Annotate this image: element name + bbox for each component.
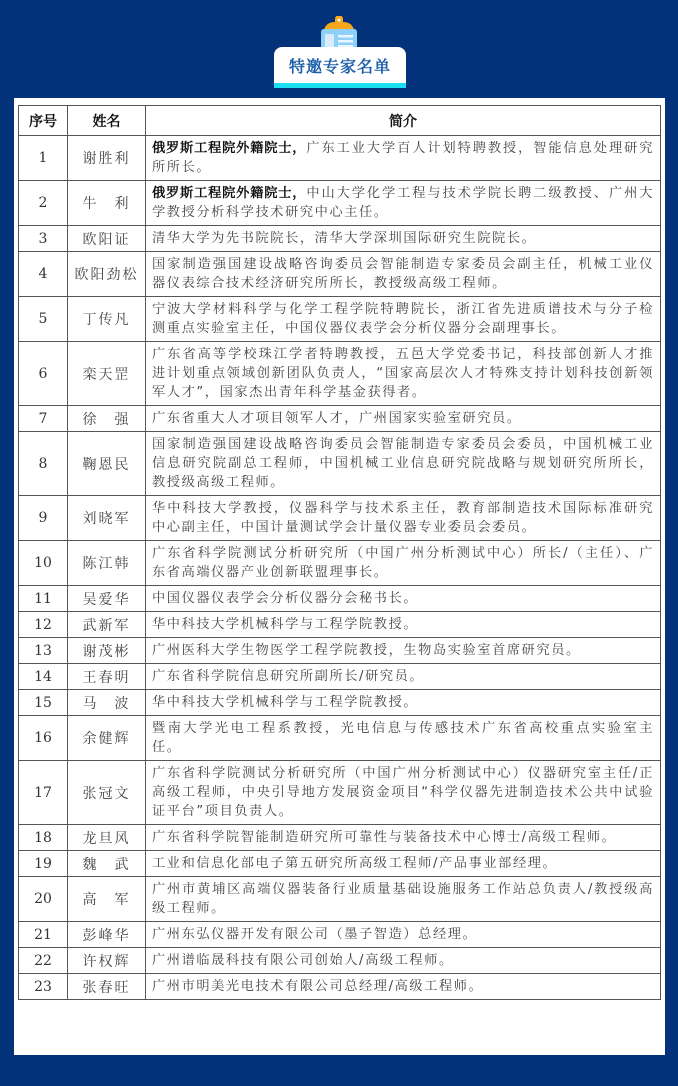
expert-intro-text: 广东省科学院智能制造研究所可靠性与装备技术中心博士/高级工程师。	[152, 830, 616, 845]
table-row: 9刘晓军华中科技大学教授，仪器科学与技术系主任，教育部制造技术国际标准研究中心副…	[19, 496, 661, 541]
table-row: 18龙旦风广东省科学院智能制造研究所可靠性与装备技术中心博士/高级工程师。	[19, 825, 661, 851]
expert-intro: 国家制造强国建设战略咨询委员会智能制造专家委员会副主任，机械工业仪器仪表综合技术…	[146, 252, 661, 297]
expert-intro-text: 清华大学为先书院院长，清华大学深圳国际研究生院院长。	[152, 231, 536, 246]
expert-intro-text: 广东省科学院信息研究所副所长/研究员。	[152, 669, 424, 684]
row-number: 20	[19, 877, 68, 922]
expert-name: 欧阳证	[68, 226, 146, 252]
expert-intro-text: 广州东弘仪器开发有限公司（墨子智造）总经理。	[152, 927, 477, 942]
expert-intro: 广东省科学院智能制造研究所可靠性与装备技术中心博士/高级工程师。	[146, 825, 661, 851]
table-row: 19魏 武工业和信息化部电子第五研究所高级工程师/产品事业部经理。	[19, 851, 661, 877]
title-underline	[274, 83, 406, 88]
expert-name: 龙旦风	[68, 825, 146, 851]
row-number: 13	[19, 638, 68, 664]
expert-name: 魏 武	[68, 851, 146, 877]
expert-intro-text: 华中科技大学机械科学与工程学院教授。	[152, 695, 418, 710]
table-row: 23张春旺广州市明美光电技术有限公司总经理/高级工程师。	[19, 974, 661, 1000]
expert-honor: 俄罗斯工程院外籍院士，	[152, 141, 306, 156]
expert-intro-text: 广东省高等学校珠江学者特聘教授，五邑大学党委书记，科技部创新人才推进计划重点领域…	[152, 347, 654, 400]
row-number: 6	[19, 342, 68, 406]
table-row: 5丁传凡宁波大学材料科学与化学工程学院特聘院长，浙江省先进质谱技术与分子检测重点…	[19, 297, 661, 342]
expert-name: 张春旺	[68, 974, 146, 1000]
expert-name: 张冠文	[68, 761, 146, 825]
expert-intro: 广东省科学院测试分析研究所（中国广州分析测试中心）所长/（主任）、广东省高端仪器…	[146, 541, 661, 586]
expert-intro: 俄罗斯工程院外籍院士，中山大学化学工程与技术学院长聘二级教授、广州大学教授分析科…	[146, 181, 661, 226]
expert-intro: 俄罗斯工程院外籍院士，广东工业大学百人计划特聘教授，智能信息处理研究所所长。	[146, 136, 661, 181]
expert-name: 高 军	[68, 877, 146, 922]
row-number: 2	[19, 181, 68, 226]
expert-intro-text: 宁波大学材料科学与化学工程学院特聘院长，浙江省先进质谱技术与分子检测重点实验室主…	[152, 302, 654, 336]
expert-name: 马 波	[68, 690, 146, 716]
expert-name: 彭峰华	[68, 922, 146, 948]
expert-name: 吴爱华	[68, 586, 146, 612]
expert-intro-text: 华中科技大学机械科学与工程学院教授。	[152, 617, 418, 632]
row-number: 1	[19, 136, 68, 181]
row-number: 9	[19, 496, 68, 541]
table-row: 21彭峰华广州东弘仪器开发有限公司（墨子智造）总经理。	[19, 922, 661, 948]
expert-intro-text: 暨南大学光电工程系教授，光电信息与传感技术广东省高校重点实验室主任。	[152, 721, 654, 755]
expert-intro: 广东省高等学校珠江学者特聘教授，五邑大学党委书记，科技部创新人才推进计划重点领域…	[146, 342, 661, 406]
table-row: 17张冠文广东省科学院测试分析研究所（中国广州分析测试中心）仪器研究室主任/正高…	[19, 761, 661, 825]
expert-intro: 广州谱临晟科技有限公司创始人/高级工程师。	[146, 948, 661, 974]
expert-honor: 俄罗斯工程院外籍院士，	[152, 186, 306, 201]
expert-list-panel: 序号 姓名 简介 1谢胜利俄罗斯工程院外籍院士，广东工业大学百人计划特聘教授，智…	[14, 98, 665, 1055]
expert-name: 许权辉	[68, 948, 146, 974]
table-row: 4欧阳劲松国家制造强国建设战略咨询委员会智能制造专家委员会副主任，机械工业仪器仪…	[19, 252, 661, 297]
table-row: 7徐 强广东省重大人才项目领军人才，广州国家实验室研究员。	[19, 406, 661, 432]
row-number: 18	[19, 825, 68, 851]
expert-intro-text: 广州市明美光电技术有限公司总经理/高级工程师。	[152, 979, 483, 994]
row-number: 5	[19, 297, 68, 342]
table-row: 22许权辉广州谱临晟科技有限公司创始人/高级工程师。	[19, 948, 661, 974]
row-number: 10	[19, 541, 68, 586]
expert-intro: 华中科技大学机械科学与工程学院教授。	[146, 690, 661, 716]
expert-intro-text: 广东省科学院测试分析研究所（中国广州分析测试中心）仪器研究室主任/正高级工程师，…	[152, 766, 654, 819]
expert-intro: 暨南大学光电工程系教授，光电信息与传感技术广东省高校重点实验室主任。	[146, 716, 661, 761]
expert-name: 徐 强	[68, 406, 146, 432]
table-row: 1谢胜利俄罗斯工程院外籍院士，广东工业大学百人计划特聘教授，智能信息处理研究所所…	[19, 136, 661, 181]
column-header-number: 序号	[19, 106, 68, 136]
column-header-intro: 简介	[146, 106, 661, 136]
expert-intro: 华中科技大学机械科学与工程学院教授。	[146, 612, 661, 638]
expert-intro: 广州市黄埔区高端仪器装备行业质量基础设施服务工作站总负责人/教授级高级工程师。	[146, 877, 661, 922]
row-number: 12	[19, 612, 68, 638]
row-number: 14	[19, 664, 68, 690]
table-row: 16余健辉暨南大学光电工程系教授，光电信息与传感技术广东省高校重点实验室主任。	[19, 716, 661, 761]
row-number: 22	[19, 948, 68, 974]
expert-name: 刘晓军	[68, 496, 146, 541]
row-number: 19	[19, 851, 68, 877]
table-row: 15马 波华中科技大学机械科学与工程学院教授。	[19, 690, 661, 716]
expert-intro-text: 国家制造强国建设战略咨询委员会智能制造专家委员会委员，中国机械工业信息研究院副总…	[152, 437, 654, 490]
expert-intro-text: 广东省重大人才项目领军人才，广州国家实验室研究员。	[152, 411, 522, 426]
table-row: 14王春明广东省科学院信息研究所副所长/研究员。	[19, 664, 661, 690]
expert-intro: 宁波大学材料科学与化学工程学院特聘院长，浙江省先进质谱技术与分子检测重点实验室主…	[146, 297, 661, 342]
row-number: 16	[19, 716, 68, 761]
table-row: 8鞠恩民国家制造强国建设战略咨询委员会智能制造专家委员会委员，中国机械工业信息研…	[19, 432, 661, 496]
row-number: 8	[19, 432, 68, 496]
expert-intro: 广东省科学院测试分析研究所（中国广州分析测试中心）仪器研究室主任/正高级工程师，…	[146, 761, 661, 825]
expert-name: 欧阳劲松	[68, 252, 146, 297]
expert-intro: 广州医科大学生物医学工程学院教授，生物岛实验室首席研究员。	[146, 638, 661, 664]
table-row: 13谢茂彬广州医科大学生物医学工程学院教授，生物岛实验室首席研究员。	[19, 638, 661, 664]
expert-intro: 广州市明美光电技术有限公司总经理/高级工程师。	[146, 974, 661, 1000]
row-number: 17	[19, 761, 68, 825]
expert-name: 陈江韩	[68, 541, 146, 586]
table-row: 12武新军华中科技大学机械科学与工程学院教授。	[19, 612, 661, 638]
row-number: 15	[19, 690, 68, 716]
expert-intro: 工业和信息化部电子第五研究所高级工程师/产品事业部经理。	[146, 851, 661, 877]
expert-name: 鞠恩民	[68, 432, 146, 496]
expert-name: 武新军	[68, 612, 146, 638]
expert-intro-text: 广州市黄埔区高端仪器装备行业质量基础设施服务工作站总负责人/教授级高级工程师。	[152, 882, 654, 916]
row-number: 4	[19, 252, 68, 297]
expert-intro: 华中科技大学教授，仪器科学与技术系主任，教育部制造技术国际标准研究中心副主任，中…	[146, 496, 661, 541]
expert-intro-text: 中国仪器仪表学会分析仪器分会秘书长。	[152, 591, 418, 606]
expert-name: 栾天罡	[68, 342, 146, 406]
row-number: 11	[19, 586, 68, 612]
expert-intro-text: 广州医科大学生物医学工程学院教授，生物岛实验室首席研究员。	[152, 643, 581, 658]
row-number: 7	[19, 406, 68, 432]
row-number: 23	[19, 974, 68, 1000]
expert-intro-text: 国家制造强国建设战略咨询委员会智能制造专家委员会副主任，机械工业仪器仪表综合技术…	[152, 257, 654, 291]
table-row: 3欧阳证清华大学为先书院院长，清华大学深圳国际研究生院院长。	[19, 226, 661, 252]
expert-name: 丁传凡	[68, 297, 146, 342]
expert-intro-text: 广东省科学院测试分析研究所（中国广州分析测试中心）所长/（主任）、广东省高端仪器…	[152, 546, 654, 580]
expert-intro: 广州东弘仪器开发有限公司（墨子智造）总经理。	[146, 922, 661, 948]
table-row: 2牛 利俄罗斯工程院外籍院士，中山大学化学工程与技术学院长聘二级教授、广州大学教…	[19, 181, 661, 226]
expert-intro: 中国仪器仪表学会分析仪器分会秘书长。	[146, 586, 661, 612]
expert-intro-text: 华中科技大学教授，仪器科学与技术系主任，教育部制造技术国际标准研究中心副主任，中…	[152, 501, 654, 535]
table-row: 10陈江韩广东省科学院测试分析研究所（中国广州分析测试中心）所长/（主任）、广东…	[19, 541, 661, 586]
expert-name: 谢胜利	[68, 136, 146, 181]
expert-name: 谢茂彬	[68, 638, 146, 664]
row-number: 3	[19, 226, 68, 252]
expert-intro: 国家制造强国建设战略咨询委员会智能制造专家委员会委员，中国机械工业信息研究院副总…	[146, 432, 661, 496]
table-row: 6栾天罡广东省高等学校珠江学者特聘教授，五邑大学党委书记，科技部创新人才推进计划…	[19, 342, 661, 406]
table-header-row: 序号 姓名 简介	[19, 106, 661, 136]
expert-intro-text: 工业和信息化部电子第五研究所高级工程师/产品事业部经理。	[152, 856, 557, 871]
expert-name: 王春明	[68, 664, 146, 690]
expert-intro: 广东省重大人才项目领军人才，广州国家实验室研究员。	[146, 406, 661, 432]
expert-intro: 广东省科学院信息研究所副所长/研究员。	[146, 664, 661, 690]
page-title: 特邀专家名单	[274, 47, 406, 83]
expert-intro-text: 广州谱临晟科技有限公司创始人/高级工程师。	[152, 953, 454, 968]
row-number: 21	[19, 922, 68, 948]
expert-name: 余健辉	[68, 716, 146, 761]
column-header-name: 姓名	[68, 106, 146, 136]
expert-table: 序号 姓名 简介 1谢胜利俄罗斯工程院外籍院士，广东工业大学百人计划特聘教授，智…	[18, 105, 661, 1000]
expert-intro: 清华大学为先书院院长，清华大学深圳国际研究生院院长。	[146, 226, 661, 252]
page-title-banner: 特邀专家名单	[274, 47, 406, 88]
table-row: 11吴爱华中国仪器仪表学会分析仪器分会秘书长。	[19, 586, 661, 612]
expert-name: 牛 利	[68, 181, 146, 226]
table-row: 20高 军广州市黄埔区高端仪器装备行业质量基础设施服务工作站总负责人/教授级高级…	[19, 877, 661, 922]
